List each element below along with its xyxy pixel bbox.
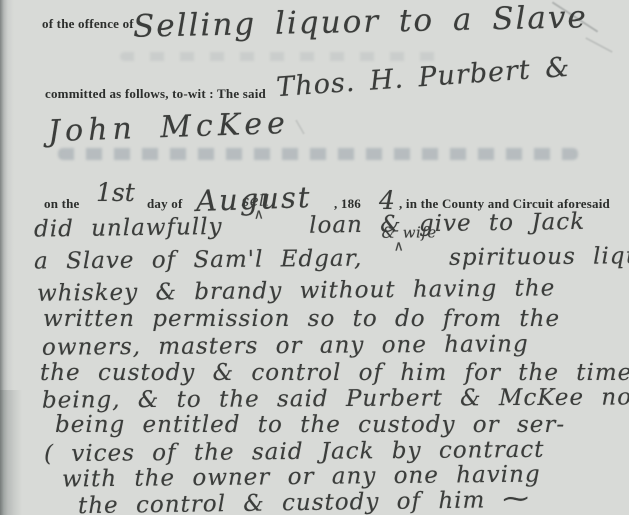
scan-edge-shadow [0, 390, 22, 515]
body-line-2: a Slave of Sam'l Edgar, & wife ∧ spiritu… [34, 242, 629, 274]
body-line-11-text: the control & custody of him [78, 487, 486, 515]
bleed-through-band [120, 52, 450, 61]
printed-label-day-of: day of [147, 196, 183, 212]
body-line-1-post: loan & give to Jack [309, 209, 585, 239]
handwritten-defendant-name-1: Thos. H. Purbert & [275, 52, 571, 103]
inserted-word: & wife [381, 223, 436, 241]
body-line-6: the custody & control of him for the tim… [40, 360, 629, 386]
handwritten-day: 1st [96, 178, 135, 207]
body-line-7: being, & to the said Purbert & McKee not [42, 384, 629, 413]
caret-icon: ∧ [254, 207, 265, 223]
body-line-8: being entitled to the custody or ser- [55, 412, 565, 438]
body-line-5: owners, masters or any one having [42, 331, 529, 360]
body-line-3: whiskey & brandy without having the [37, 275, 556, 306]
printed-label-offence: of the offence of [42, 16, 134, 32]
printed-label-on-the: on the [44, 196, 80, 212]
body-line-4: written permission so to do from the [43, 306, 560, 332]
caret-icon: ∧ [394, 239, 405, 255]
scanned-legal-document-1864: of the offence of Selling liquor to a Sl… [0, 0, 629, 515]
body-line-1: did unlawfully sell ∧ loan & give to Jac… [34, 208, 585, 242]
body-line-2-post: spirituous liquors [449, 243, 629, 271]
pencil-mark [295, 120, 305, 135]
printed-year-prefix: , 186 [334, 196, 361, 212]
body-line-11: the control & custody of him ⁓ [78, 484, 529, 515]
bleed-through-band [58, 148, 578, 160]
caret-insertion-wife: & wife ∧ [380, 244, 432, 265]
caret-insertion-sell: sell ∧ [240, 212, 292, 233]
pencil-mark [585, 37, 612, 53]
body-line-2-pre: a Slave of Sam'l Edgar, [34, 246, 363, 275]
end-flourish: ⁓ [502, 484, 528, 514]
printed-label-committed: committed as follows, to-wit : The said [45, 86, 266, 102]
handwritten-offence: Selling liquor to a Slave [133, 0, 588, 45]
handwritten-defendant-name-2: John McKee [47, 106, 290, 149]
scan-edge [0, 0, 14, 515]
body-line-1-pre: did unlawfully [34, 214, 223, 243]
